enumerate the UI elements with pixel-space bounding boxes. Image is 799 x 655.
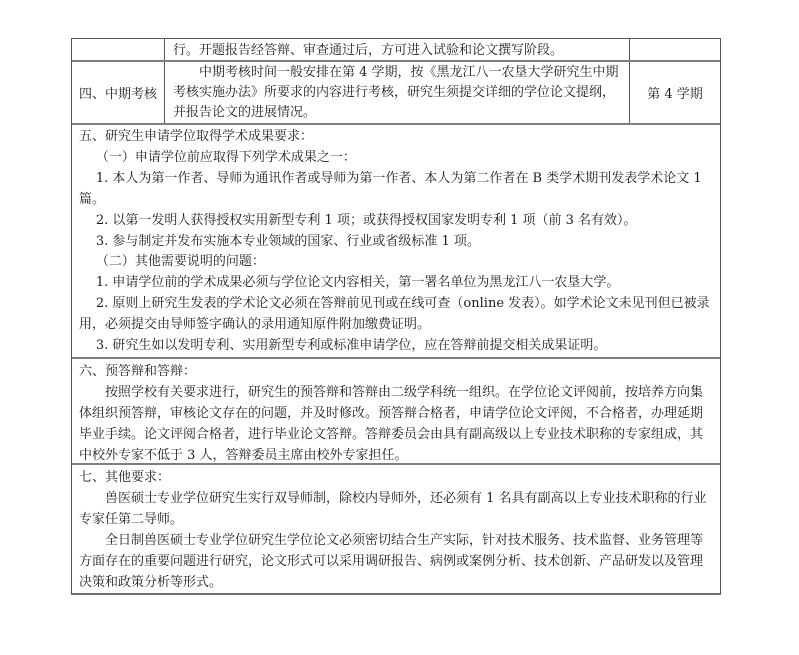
section-five-item: 3. 研究生如以发明专利、实用新型专利或标准申请学位，应在答辩前提交相关成果证明… [79,336,714,357]
content-cell: 行。开题报告经答辩、审查通过后，方可进入试验和论文撰写阶段。 [165,39,629,60]
semester-cell-empty [629,39,720,60]
section-seven-paragraph: 兽医硕士专业学位研究生实行双导师制，除校内导师外，还必须有 1 名具有副高以上专… [79,488,714,530]
section-academic-achievement-requirements: 五、研究生申请学位取得学术成果要求： （一）申请学位前应取得下列学术成果之一： … [72,125,720,359]
section-other-requirements: 七、其他要求： 兽医硕士专业学位研究生实行双导师制，除校内导师外，还必须有 1 … [72,465,720,596]
row-midterm-assessment: 四、中期考核 中期考核时间一般安排在第 4 学期，按《黑龙江八一农垦大学研究生中… [72,62,720,125]
training-plan-table: 行。开题报告经答辩、审查通过后，方可进入试验和论文撰写阶段。 四、中期考核 中期… [71,38,721,595]
section-five-item: 2. 原则上研究生发表的学术论文必须在答辩前见刊或在线可查（online 发表）… [79,294,714,336]
opening-report-continuation-text: 行。开题报告经答辩、审查通过后，方可进入试验和论文撰写阶段。 [173,40,621,60]
section-six-title: 六、预答辩和答辩： [79,361,714,382]
section-five-item: （二）其他需要说明的问题： [79,252,714,273]
row-opening-report-continuation: 行。开题报告经答辩、审查通过后，方可进入试验和论文撰写阶段。 [72,39,720,62]
midterm-assessment-text: 中期考核时间一般安排在第 4 学期，按《黑龙江八一农垦大学研究生中期考核实施办法… [173,63,621,123]
midterm-semester-value: 第 4 学期 [629,62,720,123]
section-five-item: 1. 申请学位前的学术成果必须与学位论文内容相关，第一署名单位为黑龙江八一农垦大… [79,273,714,294]
training-plan-document-page: 行。开题报告经答辩、审查通过后，方可进入试验和论文撰写阶段。 四、中期考核 中期… [0,0,799,655]
section-pre-defense-and-defense: 六、预答辩和答辩： 按照学校有关要求进行，研究生的预答辩和答辩由二级学科统一组织… [72,359,720,465]
section-five-item: 2. 以第一发明人获得授权实用新型专利 1 项；或获得授权国家发明专利 1 项（… [79,211,714,232]
section-seven-title: 七、其他要求： [79,467,714,488]
section-five-item: （一）申请学位前应取得下列学术成果之一： [79,148,714,169]
section-five-item: 1. 本人为第一作者、导师为通讯作者或导师为第一作者、本人为第二作者在 B 类学… [79,169,714,211]
section-six-paragraph: 按照学校有关要求进行，研究生的预答辩和答辩由二级学科统一组织。在学位论文评阅前，… [79,382,714,465]
section-five-item: 3. 参与制定并发布实施本专业领域的国家、行业或省级标准 1 项。 [79,232,714,253]
section-five-title: 五、研究生申请学位取得学术成果要求： [79,127,714,148]
content-cell: 中期考核时间一般安排在第 4 学期，按《黑龙江八一农垦大学研究生中期考核实施办法… [165,62,629,123]
section-seven-paragraph: 全日制兽医硕士专业学位研究生学位论文必须密切结合生产实际，针对技术服务、技术监督… [79,530,714,593]
label-cell-empty [72,39,165,60]
midterm-assessment-label: 四、中期考核 [72,62,165,123]
